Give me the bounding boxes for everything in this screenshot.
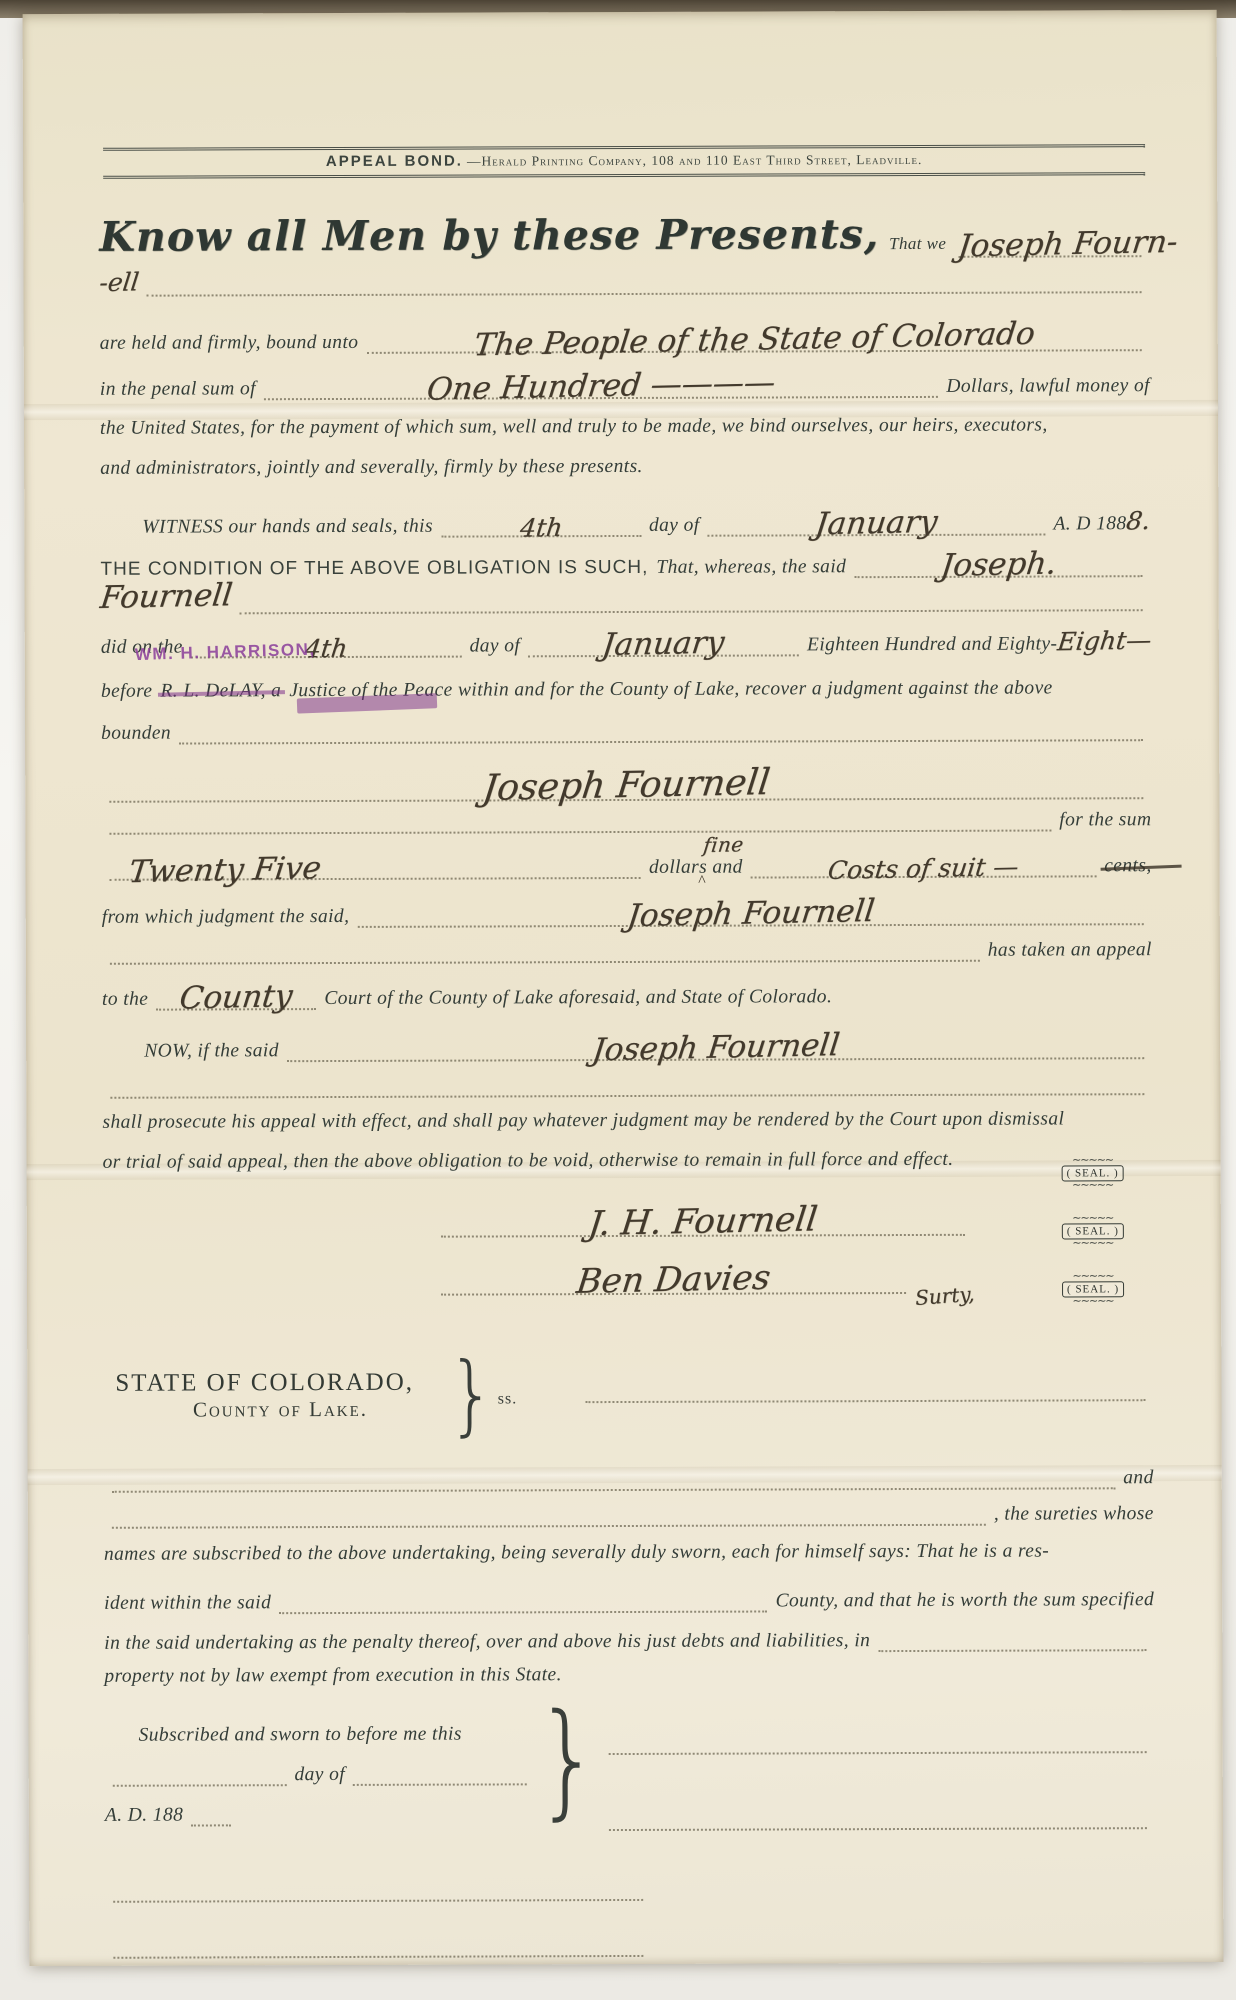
court-type-handwriting: County — [154, 978, 319, 1017]
amount-line: Twenty Five — [110, 869, 641, 881]
blank-line — [878, 1641, 1146, 1652]
notary-block: Subscribed and sworn to before me this d… — [105, 1709, 1155, 1833]
seal-3: ~~~~~ SEAL. ~~~~~ — [1061, 1272, 1125, 1304]
appeal-clause-paragraph: shall prosecute his appeal with effect, … — [102, 1099, 1152, 1183]
county-label: County of Lake. — [115, 1396, 445, 1422]
now-label: NOW, if the said — [144, 1040, 279, 1062]
printer-credit: —Herald Printing Company, 108 and 110 Ea… — [467, 152, 922, 169]
judgment-day-of-label: day of — [470, 635, 521, 657]
condition-name-handwriting: Joseph. — [852, 544, 1145, 586]
condition-heading-row: THE CONDITION OF THE ABOVE OBLIGATION IS… — [100, 541, 1150, 581]
bottom-blank-row-1 — [105, 1879, 651, 1903]
obligation-line-2: and administrators, jointly and severall… — [100, 445, 1150, 489]
appeal-row: has taken an appeal — [102, 929, 1152, 965]
oath-resident-label: ident within the said — [104, 1592, 271, 1615]
seal-decoration: ~~~~~ — [1061, 1156, 1125, 1163]
ss-label: ss. — [498, 1390, 518, 1408]
before-label: before — [101, 681, 153, 703]
signature-row-1: J. H. Fournell — [433, 1190, 973, 1238]
and-row: and — [104, 1461, 1154, 1493]
form-title: APPEAL BOND. — [326, 153, 463, 170]
venue-block: STATE OF COLORADO, County of Lake. } ss. — [103, 1357, 1153, 1431]
surety-oath-line-4: property not by law exempt from executio… — [104, 1653, 1154, 1697]
subscribed-label: Subscribed and sworn to before me this — [139, 1724, 462, 1747]
surety-oath-line-2: ident within the said County, and that h… — [104, 1573, 1154, 1615]
sureties-row: , the sureties whose — [104, 1497, 1154, 1529]
penal-sum-handwriting: One Hundred ———— — [261, 361, 941, 411]
surety-name-line-1 — [577, 1383, 1153, 1403]
surety-oath-line-1: names are subscribed to the above undert… — [104, 1531, 1154, 1575]
penal-sum-row: in the penal sum of One Hundred ———— Dol… — [100, 357, 1150, 401]
judgment-year-handwriting: Eight— — [1056, 625, 1153, 656]
witness-day-line: 4th — [441, 527, 641, 538]
bounden-name-row: Joseph Fournell — [101, 753, 1151, 803]
court-type-line: County — [156, 1000, 316, 1011]
witness-year-handwriting: 8. — [1125, 506, 1152, 536]
seal-decoration: ~~~~~ — [1061, 1297, 1125, 1304]
and-label: and — [1123, 1467, 1154, 1489]
fine-insertion-handwriting: fine — [702, 832, 745, 857]
blank-line — [353, 1775, 527, 1786]
now-name-handwriting: Joseph Fournell — [284, 1021, 1148, 1075]
appellant-line: Joseph Fournell — [357, 915, 1143, 928]
now-row: NOW, if the said Joseph Fournell — [102, 1015, 1152, 1063]
from-judgment-row: from which judgment the said, Joseph Fou… — [102, 883, 1152, 929]
oath-line-1: names are subscribed to the above undert… — [104, 1531, 1154, 1575]
obligor-name-handwriting: Joseph Fourn- — [956, 225, 1144, 265]
condition-name-continued-row: Fournell — [101, 577, 1151, 615]
appeal-label: has taken an appeal — [988, 939, 1152, 962]
judgment-month-handwriting: January — [526, 623, 802, 665]
blank-line — [112, 1479, 1116, 1493]
blank-line — [110, 952, 980, 965]
signature-1-handwriting: J. H. Fournell — [438, 1196, 968, 1247]
blank-line — [113, 1776, 287, 1787]
cents-label-struck: cents, — [1104, 855, 1151, 877]
signature-line-1: J. H. Fournell — [441, 1226, 965, 1238]
dollars-label: Dollars, lawful money of — [946, 375, 1150, 398]
signature-row-2: Ben Davies Surty, — [433, 1248, 973, 1296]
cents-line: Costs of suit — — [751, 867, 1096, 878]
surety-note-handwriting: Surty, — [914, 1282, 975, 1310]
oath-property-label: property not by law exempt from executio… — [104, 1653, 1154, 1697]
seal-decoration: ~~~~~ — [1061, 1181, 1125, 1188]
that-we-label: That we — [889, 234, 946, 254]
condition-heading: THE CONDITION OF THE ABOVE OBLIGATION IS… — [100, 557, 648, 581]
witness-day-handwriting: 4th — [439, 511, 643, 544]
bounden-label: bounden — [101, 723, 171, 745]
blank-line — [147, 283, 1142, 296]
court-label: Court of the County of Lake aforesaid, a… — [324, 986, 832, 1010]
judgment-month-line: January — [528, 646, 799, 657]
document-title: Know all Men by these Presents, — [99, 210, 879, 261]
witness-month-line: January — [708, 526, 1046, 537]
masthead: APPEAL BOND. —Herald Printing Company, 1… — [103, 144, 1145, 179]
blank-line — [585, 1391, 1145, 1403]
subscribed-row: Subscribed and sworn to before me this — [105, 1711, 535, 1747]
seal-decoration: ~~~~~ — [1061, 1239, 1125, 1246]
condition-whereas-label: That, whereas, the said — [656, 556, 846, 579]
struck-justice-name: R. L. DeLAY, a — [160, 680, 281, 702]
county-blank-line — [279, 1602, 767, 1614]
amount-row: Twenty Five dollars and fine ^ Costs of … — [101, 835, 1151, 881]
state-label: STATE OF COLORADO, — [115, 1368, 445, 1397]
appeal-clause-line-1: shall prosecute his appeal with effect, … — [102, 1099, 1152, 1143]
justice-row: WM. H. HARRISON, before R. L. DeLAY, a J… — [101, 665, 1151, 703]
witness-day-of-label: day of — [649, 515, 700, 537]
witness-label: WITNESS our hands and seals, this — [142, 516, 433, 539]
bound-unto-row: are held and firmly, bound unto The Peop… — [100, 311, 1150, 355]
blank-line — [179, 731, 1143, 744]
costs-handwriting: Costs of suit — — [749, 850, 1099, 886]
signature-line-2: Ben Davies — [441, 1284, 906, 1296]
blank-line — [113, 1947, 643, 1959]
seal-decoration: ~~~~~ — [1061, 1214, 1125, 1221]
seal-1: ~~~~~ SEAL. ~~~~~ — [1061, 1156, 1125, 1188]
for-sum-label: for the sum — [1059, 809, 1151, 831]
notary-brace: } — [534, 1699, 601, 1843]
venue-brace: } — [447, 1354, 496, 1435]
penal-sum-label: in the penal sum of — [100, 378, 256, 401]
notary-year-label: A. D. 188 — [105, 1805, 183, 1827]
condition-name-continued: Fournell — [98, 577, 234, 616]
bound-unto-label: are held and firmly, bound unto — [100, 332, 359, 355]
amount-handwriting: Twenty Five — [127, 843, 644, 890]
oath-liabilities-label: in the said undertaking as the penalty t… — [104, 1630, 870, 1655]
bounden-row: bounden — [101, 705, 1151, 745]
penal-sum-line: One Hundred ———— — [264, 388, 938, 400]
sureties-label: , the sureties whose — [994, 1503, 1154, 1526]
obligation-paragraph: the United States, for the payment of wh… — [100, 405, 1150, 489]
blank-line — [191, 1816, 231, 1826]
obligee-line: The People of the State of Colorado — [366, 341, 1141, 354]
now-name-line: Joseph Fournell — [287, 1049, 1144, 1062]
blank-line — [112, 1516, 986, 1529]
caret-mark: ^ — [698, 873, 705, 891]
surety-oath-line-3: in the said undertaking as the penalty t… — [104, 1613, 1154, 1655]
blank-line — [110, 1085, 1144, 1099]
blank-line — [113, 1891, 643, 1903]
judgment-year-label: Eighteen Hundred and Eighty- — [807, 633, 1057, 656]
from-judgment-label: from which judgment the said, — [102, 906, 350, 929]
notary-sign-line-1 — [601, 1733, 1155, 1755]
notary-day-row: day of — [105, 1751, 535, 1787]
court-row: to the County Court of the County of Lak… — [102, 967, 1152, 1011]
obligor-name-continued: -ell — [98, 267, 141, 297]
dollars-and-label: dollars and fine ^ — [649, 857, 743, 879]
witness-month-handwriting: January — [705, 502, 1048, 545]
opening-title-row: Know all Men by these Presents, That we … — [99, 195, 1149, 261]
oath-worth-label: County, and that he is worth the sum spe… — [776, 1589, 1155, 1612]
notary-day-of-label: day of — [294, 1764, 345, 1786]
blank-line — [609, 1743, 1147, 1755]
obligation-line-1: the United States, for the payment of wh… — [100, 405, 1150, 449]
obligor-name-line: Joseph Fourn- — [958, 247, 1141, 258]
notary-year-row: A. D. 188 — [105, 1791, 535, 1827]
blank-line — [109, 822, 1051, 835]
witness-row: WITNESS our hands and seals, this 4th da… — [100, 493, 1150, 539]
condition-name-line: Joseph. — [854, 567, 1142, 578]
appeal-clause-line-2: or trial of said appeal, then the above … — [103, 1139, 1153, 1183]
blank-line — [240, 601, 1143, 614]
dollars-and-text: dollars and — [649, 857, 743, 878]
document-paper: APPEAL BOND. —Herald Printing Company, 1… — [23, 10, 1224, 1966]
notary-sign-line-2 — [601, 1809, 1155, 1831]
seal-decoration: ~~~~~ — [1061, 1272, 1125, 1279]
blank-line — [609, 1819, 1147, 1831]
witness-year-label: A. D 188 — [1053, 513, 1126, 535]
seal-2: ~~~~~ SEAL. ~~~~~ — [1061, 1214, 1125, 1246]
bottom-blank-row-2 — [105, 1935, 651, 1959]
blank-row — [102, 1069, 1152, 1099]
signature-2-handwriting: Ben Davies — [438, 1255, 909, 1305]
to-the-label: to the — [102, 989, 148, 1011]
